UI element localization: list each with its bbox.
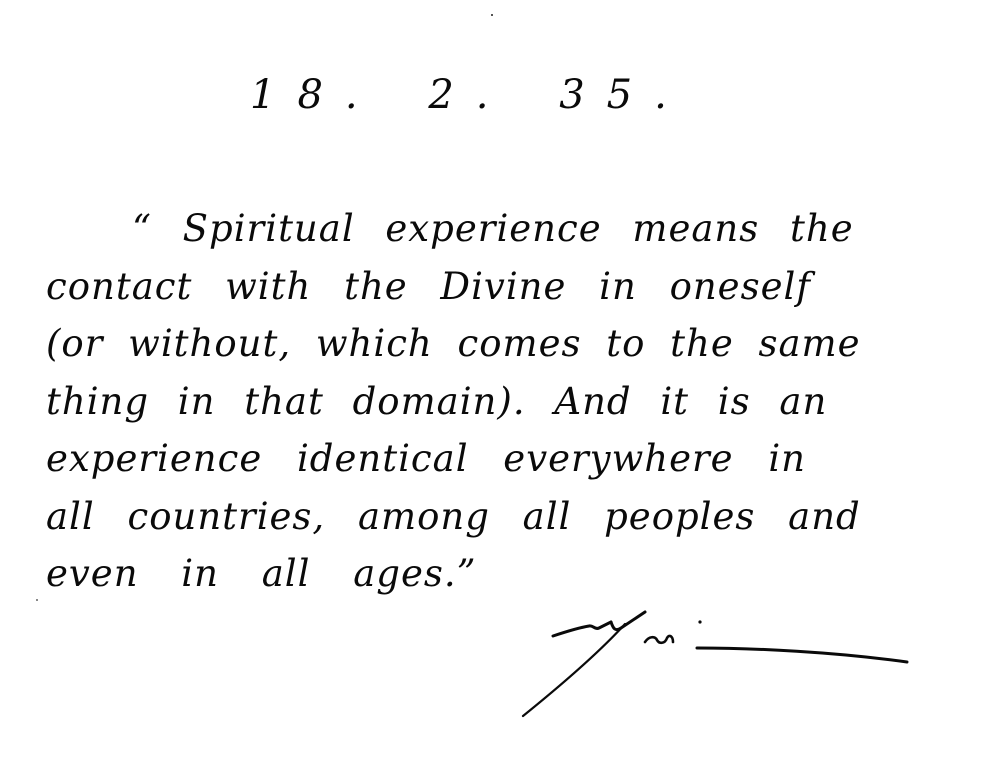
quote-line-6: all countries, among all peoples and (46, 488, 956, 546)
handwritten-note-page: 18. 2. 35. “ Spiritual experience means … (0, 0, 990, 774)
note-date: 18. 2. 35. (250, 72, 689, 118)
quote-line-1: “ Spiritual experience means the (46, 200, 956, 258)
quote-line-5: experience identical everywhere in (46, 430, 956, 488)
quote-line-4: thing in that domain). And it is an (46, 373, 956, 431)
quote-line-2: contact with the Divine in oneself (46, 258, 956, 316)
scan-speck (36, 599, 38, 601)
scan-speck (491, 14, 493, 16)
signature-icon (515, 610, 915, 720)
quote-line-7: even in all ages.” (46, 545, 956, 603)
quote-line-3: (or without, which comes to the same (46, 315, 956, 373)
quote-body: “ Spiritual experience means the contact… (46, 200, 956, 603)
